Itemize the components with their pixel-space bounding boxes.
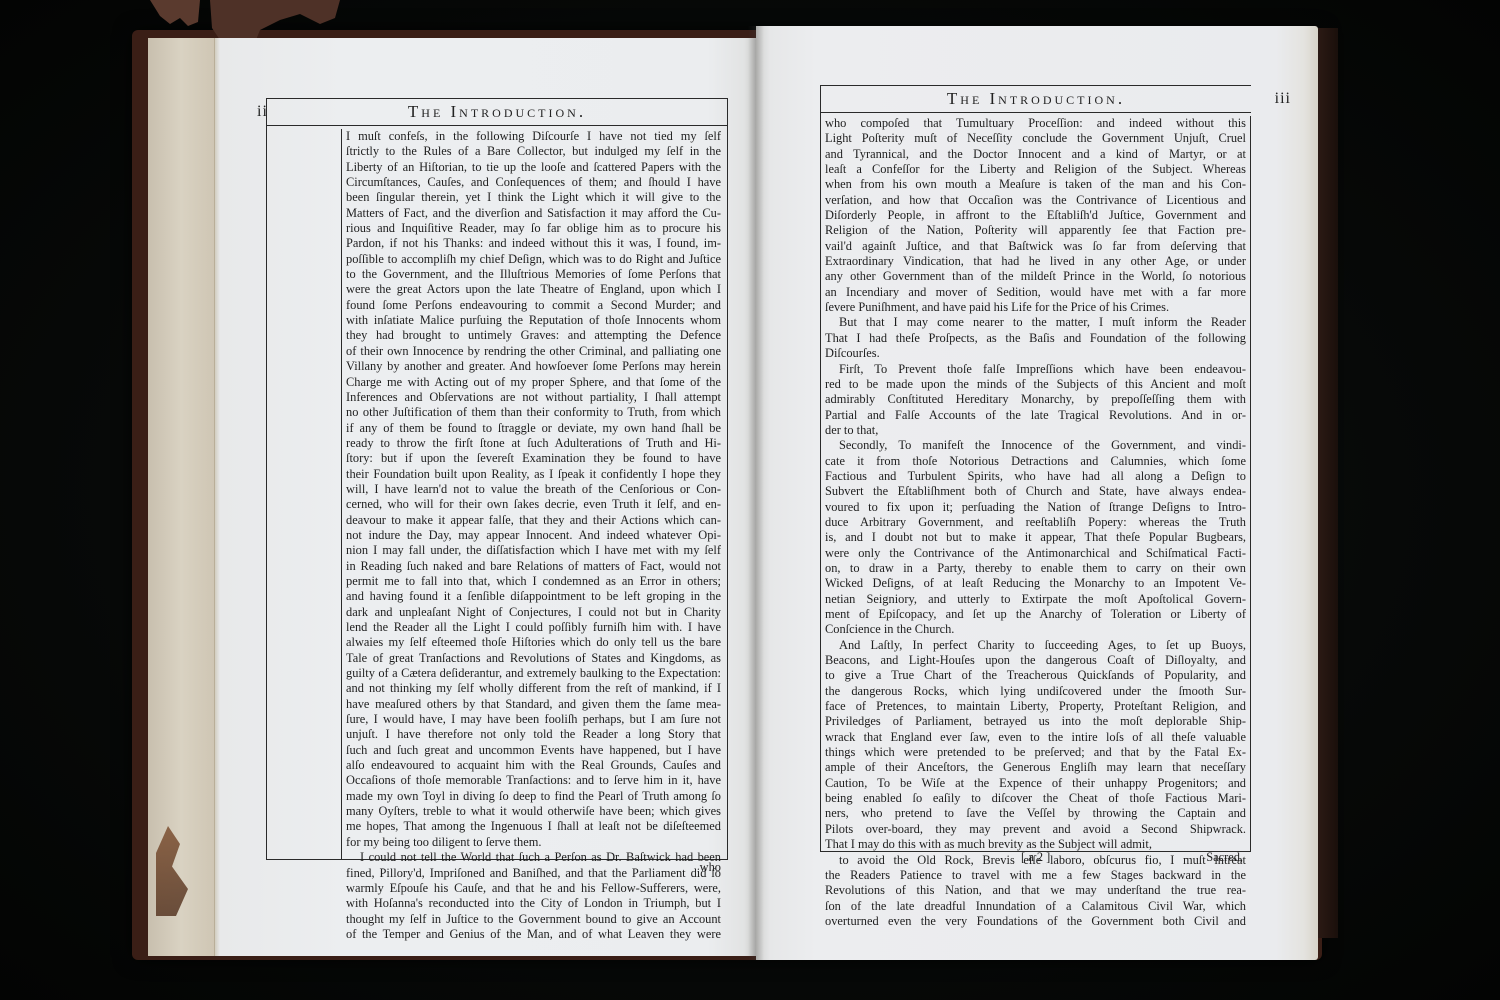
text-line: duce Arbitrary Government, and reeſtabli…	[825, 515, 1246, 530]
text-line: being enabled ſo eaſily to diſcover the …	[825, 791, 1246, 806]
text-line: many Oyſters, treble to what it would ot…	[346, 804, 721, 819]
text-line: not indure the Day, may appear Innocent.…	[346, 528, 721, 543]
text-line: and Tyrannical, and the Doctor Innocent …	[825, 147, 1246, 162]
text-line: Villany by another and greater. And howſ…	[346, 359, 721, 374]
text-line: thought my ſelf in Juſtice to the Govern…	[346, 912, 721, 927]
right-catchword: Sacred,	[1206, 850, 1243, 865]
text-line: nion I may fall under, the diſſatisfacti…	[346, 543, 721, 558]
text-line: Extraordinary Vindication, that had he l…	[825, 254, 1246, 269]
text-line: made my own Toyl in diving ſo deep to fi…	[346, 789, 721, 804]
text-line: Circumſtances, Cauſes, and Conſequences …	[346, 175, 721, 190]
right-running-head: The Introduction.	[821, 86, 1251, 112]
text-line: Wicked Deſigns, of at leaſt Reducing the…	[825, 576, 1246, 591]
text-line: were only the Contrivance of the Antimon…	[825, 546, 1246, 561]
text-line: vail'd againſt Juſtice, and that Baſtwic…	[825, 239, 1246, 254]
text-line: when from his own mouth a Meaſure is tak…	[825, 177, 1246, 192]
text-line: Factious and Turbulent Spirits, who have…	[825, 469, 1246, 484]
text-line: is, and I doubt not but to make it appea…	[825, 530, 1246, 545]
left-running-head: The Introduction.	[267, 99, 727, 125]
text-line: Tale of great Tranſactions and Revolutio…	[346, 651, 721, 666]
text-line: Beacons, and Light-Houſes upon the dange…	[825, 653, 1246, 668]
text-line: who compoſed that Tumultuary Proceſſion:…	[825, 116, 1246, 131]
text-line: Subvert the Eſtabliſhment both of Church…	[825, 484, 1246, 499]
text-line: the Readers Patience to travel with me a…	[825, 868, 1246, 883]
text-line: leaſt a Confeſſor for the Liberty and Re…	[825, 162, 1246, 177]
text-line: ample of their Anceſtors, the Generous E…	[825, 760, 1246, 775]
text-line: guilty of a Cætera deſiderantur, and ext…	[346, 666, 721, 681]
text-line: ſon of the late dreadful Innundation of …	[825, 899, 1246, 914]
text-line: cate it from thoſe Notorious Detractions…	[825, 454, 1246, 469]
text-line: wrack that England ever ſaw, even to the…	[825, 730, 1246, 745]
text-line: permit me to fall into that, which I con…	[346, 574, 721, 589]
text-line: Charge me with Acting out of my proper S…	[346, 375, 721, 390]
text-line: ſuch and ſuch great and uncommon Events …	[346, 743, 721, 758]
text-line: me hopes, That among the Ingenuous I ſha…	[346, 819, 721, 834]
text-line: will, I have learn'd not to value the br…	[346, 482, 721, 497]
text-line: ready to throw the firſt ſtone at ſuch A…	[346, 436, 721, 451]
text-line: And Laſtly, In perfect Charity to ſuccee…	[825, 638, 1246, 653]
text-line: things which were pretended to be preſer…	[825, 745, 1246, 760]
page-stub	[148, 38, 215, 956]
text-line: netian Seigniory, and utterly to Extirpa…	[825, 592, 1246, 607]
book-gutter	[748, 26, 764, 960]
text-line: verſation, and how that Occaſion was the…	[825, 193, 1246, 208]
text-line: admirably Conſtituted Hereditary Monarch…	[825, 392, 1246, 407]
text-line: Matters of Fact, and the diverſion and S…	[346, 206, 721, 221]
text-line: I could not tell the World that ſuch a P…	[346, 850, 721, 865]
right-page-body: who compoſed that Tumultuary Proceſſion:…	[825, 116, 1251, 851]
text-line: voured to fix upon it; perſuading the Na…	[825, 500, 1246, 515]
text-line: on, to draw in a Party, thereby to enabl…	[825, 561, 1246, 576]
text-line: and not thinking my ſelf wholly differen…	[346, 681, 721, 696]
text-line: dark and unpleaſant Night of Conjectures…	[346, 605, 721, 620]
text-line: Conſcience in the Church.	[825, 622, 1246, 637]
text-line: ſtrictly to the Rules of a Bare Collecto…	[346, 144, 721, 159]
right-text-frame: The Introduction. iii who compoſed that …	[820, 85, 1251, 852]
text-line: rious and Inquiſitive Reader, may ſo far…	[346, 221, 721, 236]
left-text-frame: ii The Introduction. I muſt confeſs, in …	[266, 98, 728, 860]
text-line: and having found it a ſenſible diſappoin…	[346, 589, 721, 604]
text-line: ners, who pretend to ſave the Veſſel by …	[825, 806, 1246, 821]
text-line: overturned even the very Foundations of …	[825, 914, 1246, 929]
text-line: I muſt confeſs, in the following Diſcour…	[346, 129, 721, 144]
text-line: with inſatiate Malice purſuing the Reput…	[346, 313, 721, 328]
text-line: Partial and Falſe Accounts of the late T…	[825, 408, 1246, 423]
text-line: were the great Actors upon the late Thea…	[346, 282, 721, 297]
right-folio: iii	[1275, 86, 1291, 112]
text-line: in Reading ſuch naked and bare Relations…	[346, 559, 721, 574]
text-line: Light Poſterity muſt of Neceſſity conclu…	[825, 131, 1246, 146]
text-line: cerned, who will for their own ſakes dec…	[346, 497, 721, 512]
text-line: der to that,	[825, 423, 1246, 438]
text-line: for my being too diligent to ſerve them.	[346, 835, 721, 850]
text-line: fined, Pillory'd, Impriſoned and Baniſhe…	[346, 866, 721, 881]
text-line: ſevere Puniſhment, and have paid his Lif…	[825, 300, 1246, 315]
text-line: found ſome Perſons endeavouring to commi…	[346, 298, 721, 313]
text-line: their Foundation built upon Reality, as …	[346, 467, 721, 482]
text-line: unjuſt. I have therefore not only told t…	[346, 727, 721, 742]
left-page-body: I muſt confeſs, in the following Diſcour…	[341, 129, 721, 859]
text-line: to give a True Chart of the Treacherous …	[825, 668, 1246, 683]
text-line: if any of them be found to ſtraggle or d…	[346, 421, 721, 436]
text-line: Firſt, To Prevent thoſe falſe Impreſſion…	[825, 362, 1246, 377]
text-line: Diſcourſes.	[825, 346, 1246, 361]
text-line: But that I may come nearer to the matter…	[825, 315, 1246, 330]
text-line: Liberty of an Hiſtorian, to tie up the l…	[346, 160, 721, 175]
text-line: Inferences and Obſervations are not with…	[346, 390, 721, 405]
text-line: ſtory: but if upon the ſevereſt Examinat…	[346, 451, 721, 466]
text-line: red to be made upon the minds of the Sub…	[825, 377, 1246, 392]
text-line: ſure, I would have, I may have been fool…	[346, 712, 721, 727]
text-line: poſſible to accompliſh my chief Deſign, …	[346, 252, 721, 267]
text-line: lend the Reader all the Light I could po…	[346, 620, 721, 635]
text-line: Caution, To be Wiſe at the Expence of th…	[825, 776, 1246, 791]
text-line: Pardon, if not his Thanks: and indeed wi…	[346, 236, 721, 251]
text-line: been ſingular therein, yet I think the L…	[346, 190, 721, 205]
text-line: alwaies my ſelf eſteemed thoſe Hiſtories…	[346, 635, 721, 650]
text-line: with Hoſanna's reconducted into the City…	[346, 896, 721, 911]
text-line: of their own Innocence by rendring the o…	[346, 344, 721, 359]
text-line: Secondly, To manifeſt the Innocence of t…	[825, 438, 1246, 453]
text-line: deavour to make it appear falſe, that th…	[346, 513, 721, 528]
text-line: of the Temper and Genius of the Man, and…	[346, 927, 721, 942]
text-line: Pilots over-board, they may prevent and …	[825, 822, 1246, 837]
text-line: an Incendiary and mover of Sedition, wou…	[825, 285, 1246, 300]
text-line: they had brought to untimely Graves: and…	[346, 328, 721, 343]
text-line: any other Government than of the mildeſt…	[825, 269, 1246, 284]
text-line: Revolutions of this Nation, and that we …	[825, 883, 1246, 898]
text-line: ment of Epiſcopacy, and ſet up the Anarc…	[825, 607, 1246, 622]
text-line: have meaſured others by that Standard, a…	[346, 697, 721, 712]
text-line: Religion of the Nation, Poſterity will a…	[825, 223, 1246, 238]
signature-mark: [ a 2 ]	[1021, 850, 1050, 865]
text-line: the dangerous Rocks, which lying undiſco…	[825, 684, 1246, 699]
text-line: Priviledges of Parliament, betrayed us i…	[825, 714, 1246, 729]
text-line: warmly Eſpouſe his Cauſe, and that he an…	[346, 881, 721, 896]
text-line: That I had theſe Proſpects, as the Baſis…	[825, 331, 1246, 346]
left-header-row: ii The Introduction.	[267, 99, 727, 126]
book-edge-right	[1318, 28, 1338, 938]
text-line: to the Government, and the Illuſtrious M…	[346, 267, 721, 282]
left-catchword: who	[700, 860, 721, 875]
text-line: no other Juſtification of them than thei…	[346, 405, 721, 420]
right-header-row: The Introduction. iii	[821, 86, 1251, 113]
text-line: alſo endeavoured to acquaint him with th…	[346, 758, 721, 773]
text-line: Diſorderly People, in affront to the Eſt…	[825, 208, 1246, 223]
text-line: Occaſions of thoſe memorable Tranſaction…	[346, 773, 721, 788]
text-line: face of Pretences, to maintain Liberty, …	[825, 699, 1246, 714]
